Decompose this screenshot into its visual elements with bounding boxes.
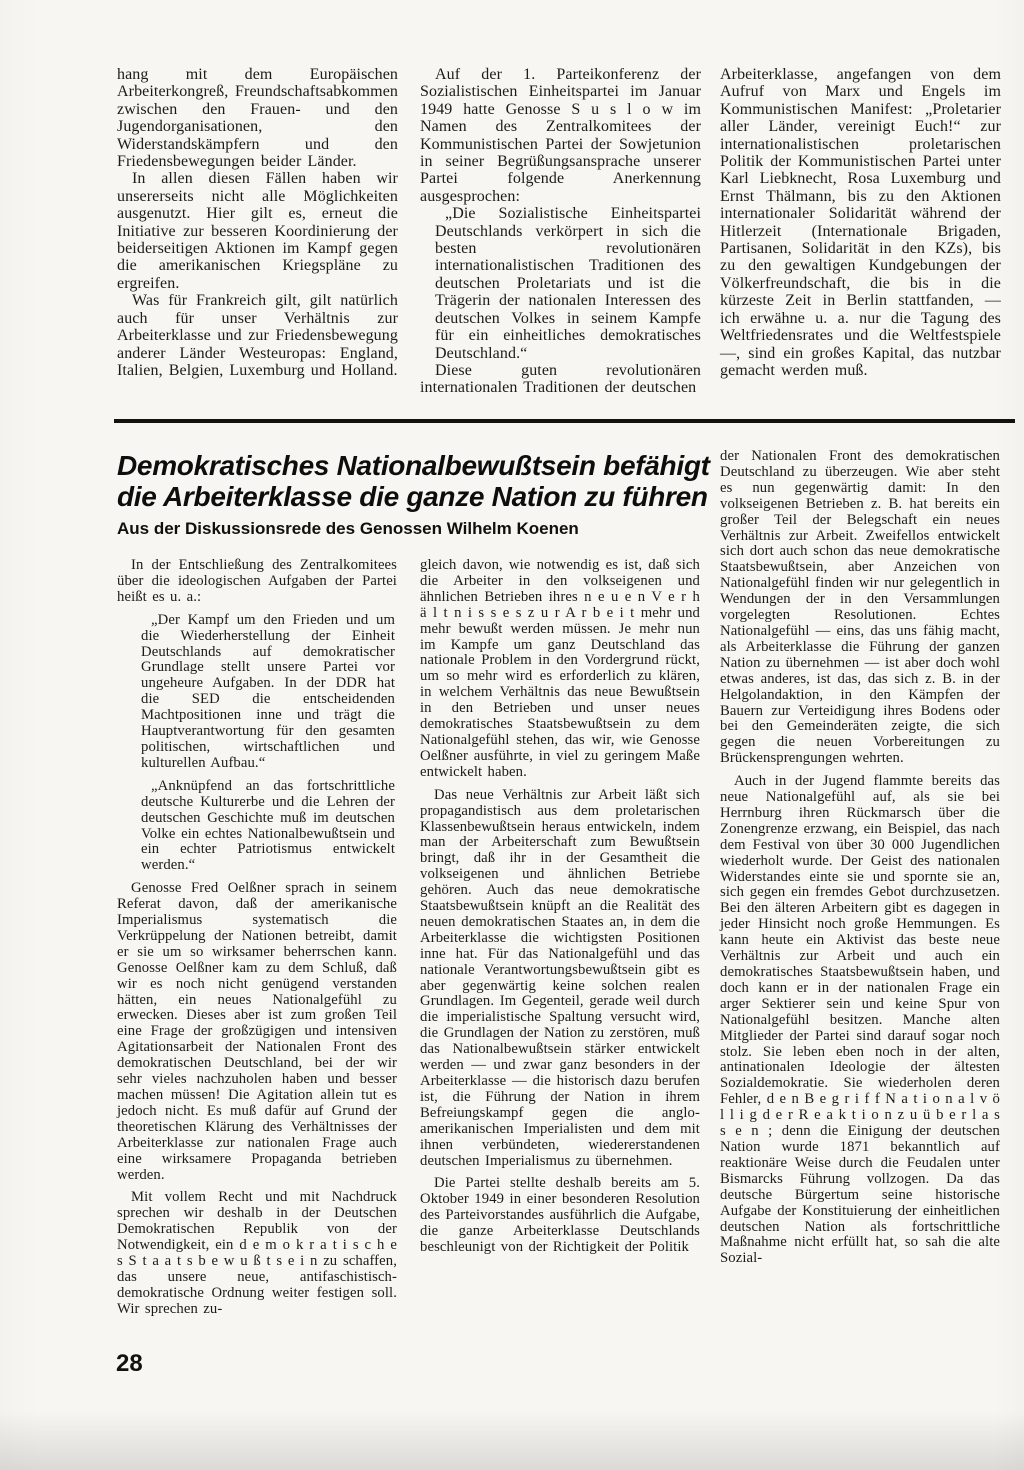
paragraph: Auf der 1. Parteikonferenz der Sozialist…: [420, 66, 701, 205]
paragraph: der Nationalen Front des demokratischen …: [720, 449, 1000, 767]
paragraph: „Der Kampf um den Frieden und um die Wie…: [141, 613, 395, 772]
paragraph: gleich davon, wie notwendig es ist, daß …: [420, 558, 700, 781]
article-column-2: gleich davon, wie notwendig es ist, daß …: [420, 558, 700, 1256]
paragraph: Die Partei stellte deshalb bereits am 5.…: [420, 1176, 700, 1256]
section-divider-rule: [114, 419, 1015, 423]
paragraph: Diese guten revolutionären international…: [420, 362, 701, 397]
top-section-column-2: Auf der 1. Parteikonferenz der Sozialist…: [420, 66, 701, 397]
paragraph: Arbeiterklasse, angefangen von dem Aufru…: [720, 66, 1001, 379]
top-section-column-3: Arbeiterklasse, angefangen von dem Aufru…: [720, 66, 1001, 379]
article-kicker: Aus der Diskussionsrede des Genossen Wil…: [117, 519, 737, 539]
paragraph: Mit vollem Recht und mit Nachdruck sprec…: [117, 1190, 397, 1317]
paragraph: Was für Frankreich gilt, gilt natürlich …: [117, 292, 398, 379]
magazine-page: { "page": { "number": "28", "paper_color…: [0, 0, 1024, 1470]
paragraph: „Anknüpfend an das fortschrittliche deut…: [141, 779, 395, 874]
paragraph: „Die Sozialistische Einheitspartei Deuts…: [435, 205, 701, 362]
article-column-3: der Nationalen Front des demokratischen …: [720, 449, 1000, 1267]
paragraph: Das neue Verhältnis zur Arbeit läßt sich…: [420, 788, 700, 1170]
page-number: 28: [116, 1350, 143, 1378]
paragraph: Auch in der Jugend flammte bereits das n…: [720, 774, 1000, 1267]
article-column-1: In der Entschließung des Zentralkomitees…: [117, 558, 397, 1318]
top-section-column-1: hang mit dem Europäischen Arbeiterkongre…: [117, 66, 398, 379]
paragraph: Genosse Fred Oelßner sprach in seinem Re…: [117, 881, 397, 1183]
paragraph: In allen diesen Fällen haben wir unserer…: [117, 170, 398, 292]
paragraph: In der Entschließung des Zentralkomitees…: [117, 558, 397, 606]
article-headline: Demokratisches Nationalbewußtsein befähi…: [117, 450, 737, 512]
paragraph: hang mit dem Europäischen Arbeiterkongre…: [117, 66, 398, 170]
